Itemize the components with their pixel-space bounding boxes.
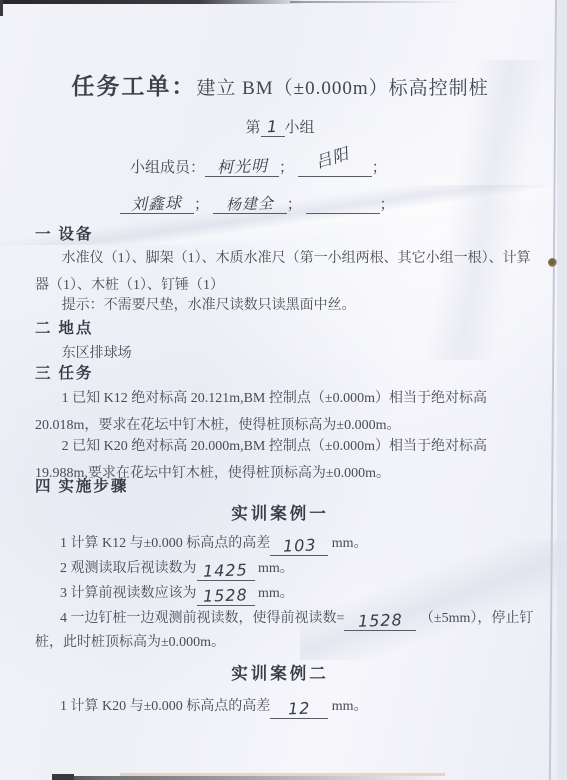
members-label: 小组成员： — [130, 160, 205, 176]
section-heading-equipment: 一 设备 — [35, 222, 93, 244]
step-unit: mm。 — [258, 561, 294, 576]
member-separator: ； — [194, 197, 209, 213]
case-1-step-1-blank: 103 — [270, 537, 328, 556]
member-2-blank: 吕阳 — [298, 158, 372, 178]
member-3-name-handwritten: 刘鑫球 — [131, 194, 183, 213]
section-heading-steps: 四 实施步骤 — [35, 474, 128, 496]
group-number-blank: 1 — [261, 118, 285, 138]
scanned-worksheet-page: 任务工单：建立 BM（±0.000m）标高控制桩 第1小组 小组成员：柯光明； … — [0, 0, 567, 780]
case-1-title: 实训案例一 — [0, 500, 560, 524]
document-title-text: 建立 BM（±0.000m）标高控制桩 — [196, 78, 488, 99]
member-5-blank — [306, 197, 380, 215]
scan-top-edge-shadow — [0, 0, 305, 4]
step-text: 1 计算 K20 与±0.000 标高点的高差 — [60, 699, 270, 714]
scan-left-corner-shadow — [0, 0, 3, 16]
case-1-step-3-blank: 1528 — [197, 587, 255, 606]
case-1-step-2-value-handwritten: 1425 — [203, 561, 248, 580]
member-separator: ； — [380, 197, 395, 213]
member-separator: ； — [372, 160, 387, 176]
case-1-step-4-value-handwritten: 1528 — [358, 611, 403, 630]
member-4-blank: 杨建全 — [213, 196, 287, 215]
member-4-name-handwritten: 杨建全 — [225, 195, 274, 213]
case-1-step-4-blank: 1528 — [344, 612, 416, 631]
case-2-title: 实训案例二 — [0, 660, 560, 684]
group-prefix: 第 — [245, 120, 260, 136]
paper-stain-dot — [548, 258, 557, 267]
task-1-paragraph: 1 已知 K12 绝对标高 20.121m,BM 控制点（±0.000m）相当于… — [35, 385, 540, 439]
scan-bottom-dark-block — [52, 774, 74, 780]
step-unit: mm。 — [332, 536, 368, 551]
member-1-name-handwritten: 柯光明 — [216, 157, 268, 176]
equipment-tip: 提示：不需要尺垫，水准尺读数只读黑面中丝。 — [35, 292, 540, 319]
case-1-step-3: 3 计算前视读数应该为1528 mm。 — [60, 581, 540, 606]
step-text: 1 计算 K12 与±0.000 标高点的高差 — [60, 536, 270, 551]
document-title: 任务工单：建立 BM（±0.000m）标高控制桩 — [0, 68, 560, 101]
case-1-step-2-blank: 1425 — [197, 562, 255, 581]
step-text: 4 一边钉桩一边观测前视读数，使得前视读数= — [60, 611, 344, 626]
case-2-step-1-blank: 12 — [270, 700, 328, 719]
group-number-line: 第1小组 — [0, 116, 560, 137]
group-number-handwritten: 1 — [267, 117, 279, 135]
equipment-body: 水准仪（1）、脚架（1）、木质水准尺（第一小组两根、其它小组一根）、计算器（1）… — [35, 245, 540, 299]
section-heading-tasks: 三 任务 — [35, 361, 93, 383]
case-1-step-1: 1 计算 K12 与±0.000 标高点的高差103 mm。 — [60, 531, 540, 556]
members-line-2: 刘鑫球； 杨建全； ； — [120, 193, 395, 214]
section-heading-location: 二 地点 — [35, 316, 93, 338]
case-1-step-4-continuation: 桩，此时桩顶标高为±0.000m。 — [35, 631, 540, 651]
scan-bottom-edge-shadow — [52, 776, 442, 780]
step-text: 2 观测读取后视读数为 — [60, 561, 197, 576]
case-2-step-1-value-handwritten: 12 — [288, 699, 311, 717]
case-2-step-1: 1 计算 K20 与±0.000 标高点的高差12 mm。 — [60, 694, 540, 719]
member-separator: ； — [287, 197, 302, 213]
scan-top-edge-shadow-thin — [290, 1, 460, 3]
step-unit: mm。 — [258, 586, 294, 601]
case-1-step-2: 2 观测读取后视读数为1425 mm。 — [60, 556, 540, 581]
member-3-blank: 刘鑫球 — [120, 195, 194, 215]
document-title-label: 任务工单： — [71, 74, 196, 99]
step-unit: mm。 — [332, 699, 368, 714]
member-2-name-handwritten: 吕阳 — [313, 144, 351, 171]
case-1-step-4: 4 一边钉桩一边观测前视读数，使得前视读数=1528 （±5mm），停止钉 — [60, 606, 540, 631]
case-1-step-1-value-handwritten: 103 — [282, 536, 316, 555]
step-text: 3 计算前视读数应该为 — [60, 586, 197, 601]
members-line-1: 小组成员：柯光明； 吕阳； — [130, 156, 387, 177]
case-1-step-3-value-handwritten: 1528 — [203, 586, 248, 605]
scan-bottom-tan-strip — [120, 773, 445, 776]
group-suffix: 小组 — [285, 120, 315, 136]
member-separator: ； — [279, 160, 294, 176]
step-text: （±5mm），停止钉 — [420, 611, 533, 626]
member-1-blank: 柯光明 — [205, 158, 279, 178]
location-text: 东区排球场 — [35, 340, 540, 367]
